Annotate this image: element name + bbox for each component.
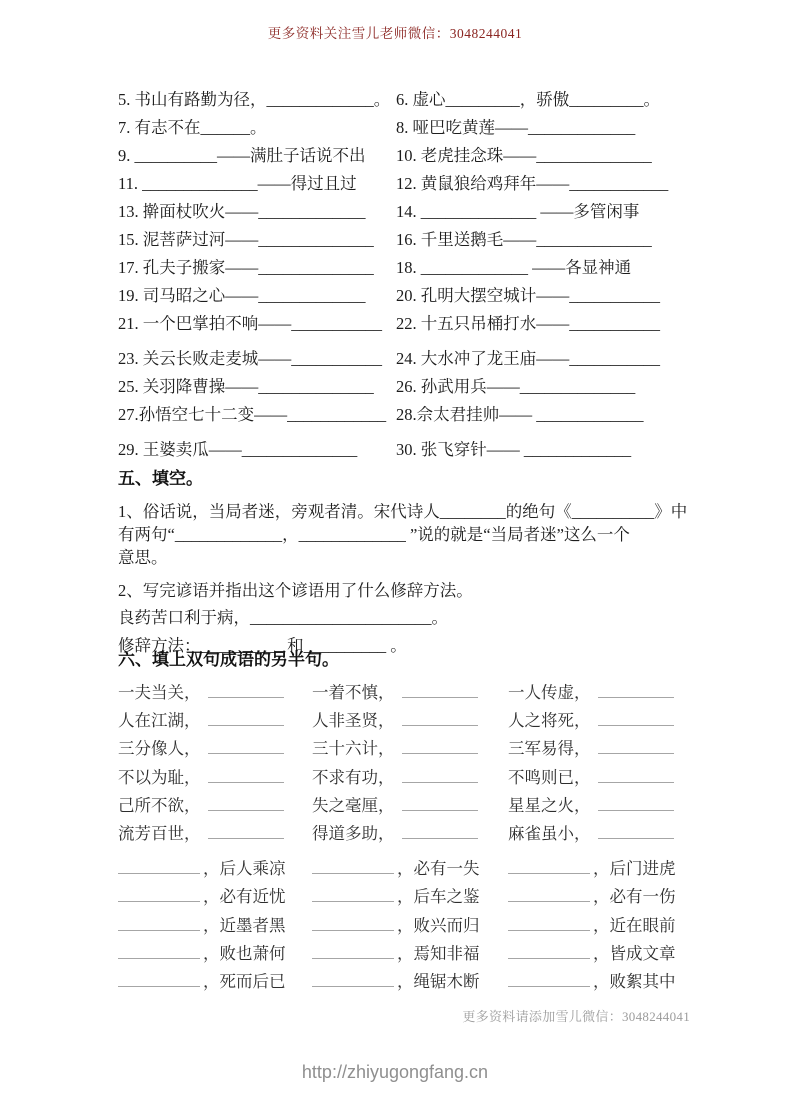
answer-blank xyxy=(312,897,394,902)
idiom-cell: 三军易得， xyxy=(508,735,694,763)
idiom-cell: ，皆成文章 xyxy=(508,940,694,968)
list-item: 28.佘太君挂帅—— _____________ xyxy=(396,401,718,429)
answer-blank xyxy=(508,926,590,931)
list-item: 30. 张飞穿针—— _____________ xyxy=(396,436,718,464)
idiom-text: 人在江湖， xyxy=(118,711,201,730)
idiom-text: ，必有近忧 xyxy=(203,887,286,906)
answer-blank xyxy=(312,982,394,987)
question2-proverb-line: 良药苦口利于病，______________________。 xyxy=(118,604,704,632)
question2-prompt: 2、写完谚语并指出这个谚语用了什么修辞方法。 xyxy=(118,578,704,604)
list-row: 23. 关云长败走麦城——___________ 24. 大水冲了龙王庙——__… xyxy=(118,345,718,373)
idiom-text: ，焉知非福 xyxy=(397,944,480,963)
answer-blank xyxy=(208,721,284,726)
idiom-text: ，死而后已 xyxy=(203,972,286,991)
footer-url: http://zhiyugongfang.cn xyxy=(0,1062,790,1083)
idiom-text: ，皆成文章 xyxy=(593,944,676,963)
list-item: 5. 书山有路勤为径，_____________。 xyxy=(118,86,396,114)
answer-blank xyxy=(402,693,478,698)
answer-blank xyxy=(598,749,674,754)
idiom-text: ，后人乘凉 xyxy=(203,859,286,878)
idiom-cell: 三十六计， xyxy=(312,735,508,763)
answer-blank xyxy=(598,693,674,698)
idiom-cell: 人在江湖， xyxy=(118,707,312,735)
answer-blank xyxy=(508,869,590,874)
idiom-text: 三分像人， xyxy=(118,739,201,758)
answer-blank xyxy=(508,954,590,959)
idiom-cell: ，后人乘凉 xyxy=(118,855,312,883)
answer-blank xyxy=(208,693,284,698)
list-row: 13. 擀面杖吹火——_____________ 14. ___________… xyxy=(118,198,718,226)
idiom-cell: ，后门进虎 xyxy=(508,855,694,883)
list-item: 9. __________——满肚子话说不出 xyxy=(118,142,396,170)
idiom-cell: 不以为耻， xyxy=(118,764,312,792)
idiom-cell: 人之将死， xyxy=(508,707,694,735)
list-item: 15. 泥菩萨过河——______________ xyxy=(118,226,396,254)
idiom-text: 己所不欲， xyxy=(118,796,201,815)
answer-blank xyxy=(598,806,674,811)
list-item: 14. ______________ ——多管闲事 xyxy=(396,198,718,226)
idiom-cell: 一着不慎， xyxy=(312,679,508,707)
idiom-cell: ，死而后已 xyxy=(118,968,312,996)
idiom-cell: 不鸣则已， xyxy=(508,764,694,792)
xiehouyu-list: 5. 书山有路勤为径，_____________。 6. 虚心_________… xyxy=(118,86,718,464)
list-row: 7. 有志不在______。 8. 哑巴吃黄莲——_____________ xyxy=(118,114,718,142)
list-row: 11. ______________——得过且过 12. 黄鼠狼给鸡拜年——__… xyxy=(118,170,718,198)
list-row: 9. __________——满肚子话说不出 10. 老虎挂念珠——______… xyxy=(118,142,718,170)
idiom-cell: 一夫当关， xyxy=(118,679,312,707)
idiom-text: ，败絮其中 xyxy=(593,972,676,991)
answer-blank xyxy=(118,954,200,959)
footer-note: 更多资料请添加雪儿微信：3048244041 xyxy=(0,1006,690,1025)
idiom-cell: 不求有功， xyxy=(312,764,508,792)
idiom-text: 人非圣贤， xyxy=(312,711,395,730)
idiom-text: 一夫当关， xyxy=(118,683,201,702)
idiom-cell: ，败絮其中 xyxy=(508,968,694,996)
idiom-cell: ，后车之鉴 xyxy=(312,883,508,911)
idiom-cell: 麻雀虽小， xyxy=(508,820,694,848)
idiom-text: 麻雀虽小， xyxy=(508,824,591,843)
list-item: 12. 黄鼠狼给鸡拜年——____________ xyxy=(396,170,718,198)
list-item: 24. 大水冲了龙王庙——___________ xyxy=(396,345,718,373)
idiom-text: 三十六计， xyxy=(312,739,395,758)
answer-blank xyxy=(312,926,394,931)
section-5-fill-blanks: 五、填空。 1、俗话说，当局者迷，旁观者清。宋代诗人________的绝句《__… xyxy=(118,464,704,660)
list-row: 5. 书山有路勤为径，_____________。 6. 虚心_________… xyxy=(118,86,718,114)
list-item: 29. 王婆卖瓜——______________ xyxy=(118,436,396,464)
idiom-text: ，后车之鉴 xyxy=(397,887,480,906)
list-item: 20. 孔明大摆空城计——___________ xyxy=(396,282,718,310)
idiom-cell: ，必有一伤 xyxy=(508,883,694,911)
answer-blank xyxy=(118,926,200,931)
answer-blank xyxy=(402,834,478,839)
list-item: 8. 哑巴吃黄莲——_____________ xyxy=(396,114,718,142)
list-item: 16. 千里送鹅毛——______________ xyxy=(396,226,718,254)
idiom-cell: 三分像人， xyxy=(118,735,312,763)
answer-blank xyxy=(402,806,478,811)
list-row: 17. 孔夫子搬家——______________ 18. __________… xyxy=(118,254,718,282)
answer-blank xyxy=(402,749,478,754)
question1-line2: 有两句“_____________，_____________ ”说的就是“当局… xyxy=(118,523,704,546)
idiom-text: 一人传虚， xyxy=(508,683,591,702)
answer-blank xyxy=(598,721,674,726)
answer-blank xyxy=(208,778,284,783)
list-item: 23. 关云长败走麦城——___________ xyxy=(118,345,396,373)
idiom-cell: ，必有一失 xyxy=(312,855,508,883)
section-6-paired-idioms: 六、填上双句成语的另半句。 一夫当关， 一着不慎， 一人传虚， 人在江湖， 人非… xyxy=(118,645,704,996)
list-row: 19. 司马昭之心——_____________ 20. 孔明大摆空城计——__… xyxy=(118,282,718,310)
answer-blank xyxy=(208,834,284,839)
question1-line1: 1、俗话说，当局者迷，旁观者清。宋代诗人________的绝句《________… xyxy=(118,500,704,523)
list-item: 7. 有志不在______。 xyxy=(118,114,396,142)
answer-blank xyxy=(312,954,394,959)
idiom-cell: 星星之火， xyxy=(508,792,694,820)
idiom-cell: ，必有近忧 xyxy=(118,883,312,911)
list-item: 27.孙悟空七十二变——____________ xyxy=(118,401,396,429)
idiom-text: 得道多助， xyxy=(312,824,395,843)
idiom-text: 流芳百世， xyxy=(118,824,201,843)
idiom-cell: 失之毫厘， xyxy=(312,792,508,820)
list-row: 25. 关羽降曹操——______________ 26. 孙武用兵——____… xyxy=(118,373,718,401)
idiom-text: ，必有一伤 xyxy=(593,887,676,906)
list-item: 10. 老虎挂念珠——______________ xyxy=(396,142,718,170)
answer-blank xyxy=(508,982,590,987)
section5-heading: 五、填空。 xyxy=(118,464,704,489)
list-item: 21. 一个巴掌拍不响——___________ xyxy=(118,310,396,338)
answer-blank xyxy=(118,897,200,902)
idiom-text: ，近墨者黑 xyxy=(203,916,286,935)
answer-blank xyxy=(508,897,590,902)
idiom-text: 失之毫厘， xyxy=(312,796,395,815)
answer-blank xyxy=(118,982,200,987)
list-item: 11. ______________——得过且过 xyxy=(118,170,396,198)
idiom-cell: ，近墨者黑 xyxy=(118,912,312,940)
answer-blank xyxy=(208,806,284,811)
idiom-cell: ，败也萧何 xyxy=(118,940,312,968)
worksheet-page: 更多资料关注雪儿老师微信：3048244041 5. 书山有路勤为径，_____… xyxy=(0,0,790,1118)
idiom-cell: 一人传虚， xyxy=(508,679,694,707)
idiom-text: 不以为耻， xyxy=(118,768,201,787)
idiom-text: ，近在眼前 xyxy=(593,916,676,935)
list-item: 18. _____________ ——各显神通 xyxy=(396,254,718,282)
list-item: 13. 擀面杖吹火——_____________ xyxy=(118,198,396,226)
idiom-cell: ，绳锯木断 xyxy=(312,968,508,996)
idiom-text: 人之将死， xyxy=(508,711,591,730)
idiom-grid-second-half: ，后人乘凉 ，必有一失 ，后门进虎 ，必有近忧 ，后车之鉴 ，必有一伤 ，近墨者… xyxy=(118,855,704,996)
question1-line3: 意思。 xyxy=(118,546,704,569)
list-item: 17. 孔夫子搬家——______________ xyxy=(118,254,396,282)
answer-blank xyxy=(402,721,478,726)
answer-blank xyxy=(312,869,394,874)
list-item: 19. 司马昭之心——_____________ xyxy=(118,282,396,310)
idiom-text: 不鸣则已， xyxy=(508,768,591,787)
list-row: 27.孙悟空七十二变——____________ 28.佘太君挂帅—— ____… xyxy=(118,401,718,429)
idiom-text: ，必有一失 xyxy=(397,859,480,878)
list-row: 15. 泥菩萨过河——______________ 16. 千里送鹅毛——___… xyxy=(118,226,718,254)
answer-blank xyxy=(208,749,284,754)
list-row: 21. 一个巴掌拍不响——___________ 22. 十五只吊桶打水——__… xyxy=(118,310,718,338)
list-item: 22. 十五只吊桶打水——___________ xyxy=(396,310,718,338)
answer-blank xyxy=(118,869,200,874)
answer-blank xyxy=(598,834,674,839)
idiom-cell: ，焉知非福 xyxy=(312,940,508,968)
idiom-text: 星星之火， xyxy=(508,796,591,815)
idiom-text: ，后门进虎 xyxy=(593,859,676,878)
header-note: 更多资料关注雪儿老师微信：3048244041 xyxy=(0,22,790,42)
idiom-cell: 流芳百世， xyxy=(118,820,312,848)
idiom-cell: 己所不欲， xyxy=(118,792,312,820)
idiom-text: 不求有功， xyxy=(312,768,395,787)
answer-blank xyxy=(598,778,674,783)
idiom-text: 一着不慎， xyxy=(312,683,395,702)
idiom-text: ，败也萧何 xyxy=(203,944,286,963)
section6-heading: 六、填上双句成语的另半句。 xyxy=(118,645,704,670)
idiom-cell: 人非圣贤， xyxy=(312,707,508,735)
list-item: 26. 孙武用兵——______________ xyxy=(396,373,718,401)
idiom-cell: ，败兴而归 xyxy=(312,912,508,940)
idiom-grid-first-half: 一夫当关， 一着不慎， 一人传虚， 人在江湖， 人非圣贤， 人之将死， 三分像人… xyxy=(118,679,704,848)
list-item: 25. 关羽降曹操——______________ xyxy=(118,373,396,401)
list-row: 29. 王婆卖瓜——______________ 30. 张飞穿针—— ____… xyxy=(118,436,718,464)
idiom-cell: ，近在眼前 xyxy=(508,912,694,940)
idiom-text: ，败兴而归 xyxy=(397,916,480,935)
answer-blank xyxy=(402,778,478,783)
idiom-cell: 得道多助， xyxy=(312,820,508,848)
idiom-text: 三军易得， xyxy=(508,739,591,758)
idiom-text: ，绳锯木断 xyxy=(397,972,480,991)
list-item: 6. 虚心_________，骄傲_________。 xyxy=(396,86,718,114)
